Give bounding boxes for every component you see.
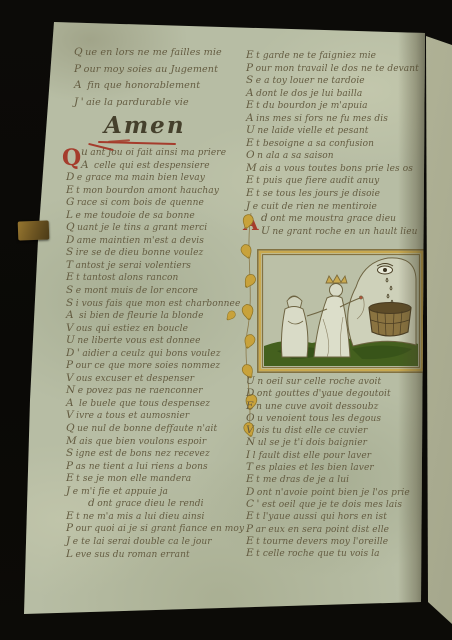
text-line: Une liberte vous est donnee xyxy=(66,334,251,347)
amen-word: Amen xyxy=(104,112,186,139)
text-line: A si bien de fleurie la blonde xyxy=(66,309,251,322)
text-line: Et mon bourdon amont hauchay xyxy=(66,184,251,197)
text-line: Vivre a tous et aumosnier xyxy=(66,409,251,422)
manuscript-photo: Que en lors ne me failles miePour moy so… xyxy=(0,0,452,640)
text-line: Je te lai serai double ca le jour xyxy=(66,535,251,548)
text-line: Pour moy soies au Jugement xyxy=(74,61,264,78)
text-line: A le buele que tous despensez xyxy=(66,397,251,410)
text-line: Et tantost alons rancon xyxy=(66,271,251,284)
text-line: De grace ma main bien levay xyxy=(66,171,251,184)
text-line: Je m'i fie et appuie ja xyxy=(66,485,251,498)
text-line: Mais que bien voulons espoir xyxy=(66,435,251,448)
manuscript-page: Que en lors ne me failles miePour moy so… xyxy=(0,0,452,640)
text-line: uant jou oi fait ainsi ma priere xyxy=(66,146,251,159)
text-line: Quant je le tins a grant merci xyxy=(66,221,251,234)
text-line: Vous qui estiez en boucle xyxy=(66,322,251,335)
text-line: Tantost je serai volentiers xyxy=(66,259,251,272)
text-line: Pas ne tient a lui riens a bons xyxy=(66,460,251,473)
text-line: Le me toudoie de sa bonne xyxy=(66,209,251,222)
text-line: Et se je mon elle mandera xyxy=(66,472,251,485)
gutter-shadow xyxy=(398,24,428,609)
text-line: Et ne m'a mis a lui dieu ainsi xyxy=(66,510,251,523)
text-line: Vous excuser et despenser xyxy=(66,372,251,385)
opening-prayer: Que en lors ne me failles miePour moy so… xyxy=(74,44,264,110)
binding-clasp xyxy=(18,220,50,240)
text-line: Signe est de bons nez recevez xyxy=(66,447,251,460)
text-line: J'aie la pardurable vie xyxy=(74,94,264,111)
text-line: Ne povez pas ne raenconner xyxy=(66,384,251,397)
text-line: dont grace dieu le rendi xyxy=(66,497,251,510)
text-line: A celle qui est despensiere xyxy=(66,159,251,172)
text-line: Sire se de dieu bonne voulez xyxy=(66,246,251,259)
text-line: D'aidier a ceulz qui bons voulez xyxy=(66,347,251,360)
text-line: Si vous fais que mon est charbonnee xyxy=(66,297,251,310)
text-line: Grace si com bois de quenne xyxy=(66,196,251,209)
text-line: Leve sus du roman errant xyxy=(66,548,251,561)
text-line: Que nul de bonne deffaute n'ait xyxy=(66,422,251,435)
text-line: Pour quoi ai je si grant fiance en moy xyxy=(66,522,251,535)
text-line: Se mont muis de lor encore xyxy=(66,284,251,297)
left-column: uant jou oi fait ainsi ma priereA celle … xyxy=(66,146,251,560)
text-line: Que en lors ne me failles mie xyxy=(74,44,264,61)
text-line: A fin que honorablement xyxy=(74,77,264,94)
text-line: Pour ce que more soies nommez xyxy=(66,359,251,372)
text-line: Dame maintien m'est a devis xyxy=(66,234,251,247)
